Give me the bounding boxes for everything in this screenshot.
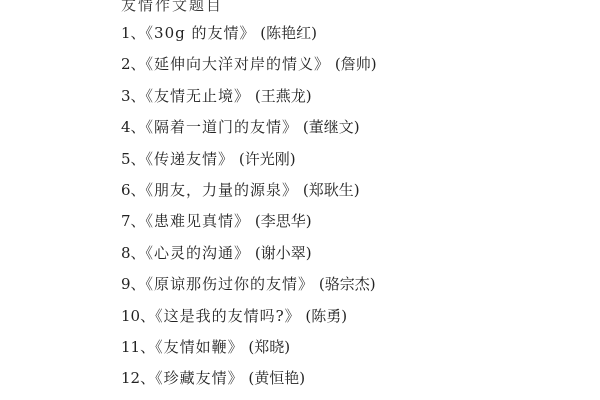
essay-title: 《患难见真情》: [146, 212, 251, 230]
list-item: 2、《延伸向大洋对岸的情义》 (詹帅): [121, 49, 377, 80]
essay-title: 《这是我的友情吗?》: [155, 307, 301, 325]
item-number: 5、: [121, 150, 146, 168]
essay-title: 《30g 的友情》: [146, 24, 256, 42]
author: (许光刚): [239, 150, 296, 168]
item-number: 3、: [121, 87, 146, 105]
essay-title: 《延伸向大洋对岸的情义》: [146, 55, 331, 73]
list-item: 11、《友情如鞭》 (郑晓): [121, 332, 377, 363]
list-item: 6、《朋友，力量的源泉》 (郑耿生): [121, 175, 377, 206]
author: (郑晓): [248, 338, 290, 356]
essay-title: 《心灵的沟通》: [146, 244, 251, 262]
item-number: 6、: [121, 181, 146, 199]
list-item: 1、《30g 的友情》 (陈艳红): [121, 18, 377, 49]
item-number: 2、: [121, 55, 146, 73]
list-item: 12、《珍藏友情》 (黄恒艳): [121, 363, 377, 394]
list-item: 9、《原谅那伤过你的友情》 (骆宗杰): [121, 269, 377, 300]
author: (黄恒艳): [248, 369, 305, 387]
essay-title: 《珍藏友情》: [155, 369, 244, 387]
item-number: 8、: [121, 244, 146, 262]
item-number: 11、: [121, 338, 155, 356]
item-number: 12、: [121, 369, 155, 387]
list-item: 5、《传递友情》 (许光刚): [121, 144, 377, 175]
item-number: 10、: [121, 307, 155, 325]
author: (李思华): [255, 212, 312, 230]
list-item: 7、《患难见真情》 (李思华): [121, 206, 377, 237]
essay-title: 《传递友情》: [146, 150, 235, 168]
author: (陈勇): [305, 307, 347, 325]
item-number: 1、: [121, 24, 146, 42]
author: (郑耿生): [303, 181, 360, 199]
author: (谢小翠): [255, 244, 312, 262]
item-number: 7、: [121, 212, 146, 230]
essay-title: 《友情如鞭》: [155, 338, 244, 356]
document: 友情作文题目 1、《30g 的友情》 (陈艳红) 2、《延伸向大洋对岸的情义》 …: [121, 0, 377, 395]
item-number: 9、: [121, 275, 146, 293]
author: (詹帅): [335, 55, 377, 73]
author: (骆宗杰): [319, 275, 376, 293]
item-number: 4、: [121, 118, 146, 136]
author: (陈艳红): [260, 24, 317, 42]
list-item: 10、《这是我的友情吗?》 (陈勇): [121, 301, 377, 332]
essay-title: 《隔着一道门的友情》: [146, 118, 299, 136]
author: (董继文): [303, 118, 360, 136]
essay-title: 《原谅那伤过你的友情》: [146, 275, 315, 293]
essay-title: 《朋友，力量的源泉》: [146, 181, 299, 199]
list-item: 3、《友情无止境》 (王燕龙): [121, 81, 377, 112]
essay-title: 《友情无止境》: [146, 87, 251, 105]
list-item: 4、《隔着一道门的友情》 (董继文): [121, 112, 377, 143]
author: (王燕龙): [255, 87, 312, 105]
list-item: 8、《心灵的沟通》 (谢小翠): [121, 238, 377, 269]
document-title: 友情作文题目: [121, 0, 377, 18]
